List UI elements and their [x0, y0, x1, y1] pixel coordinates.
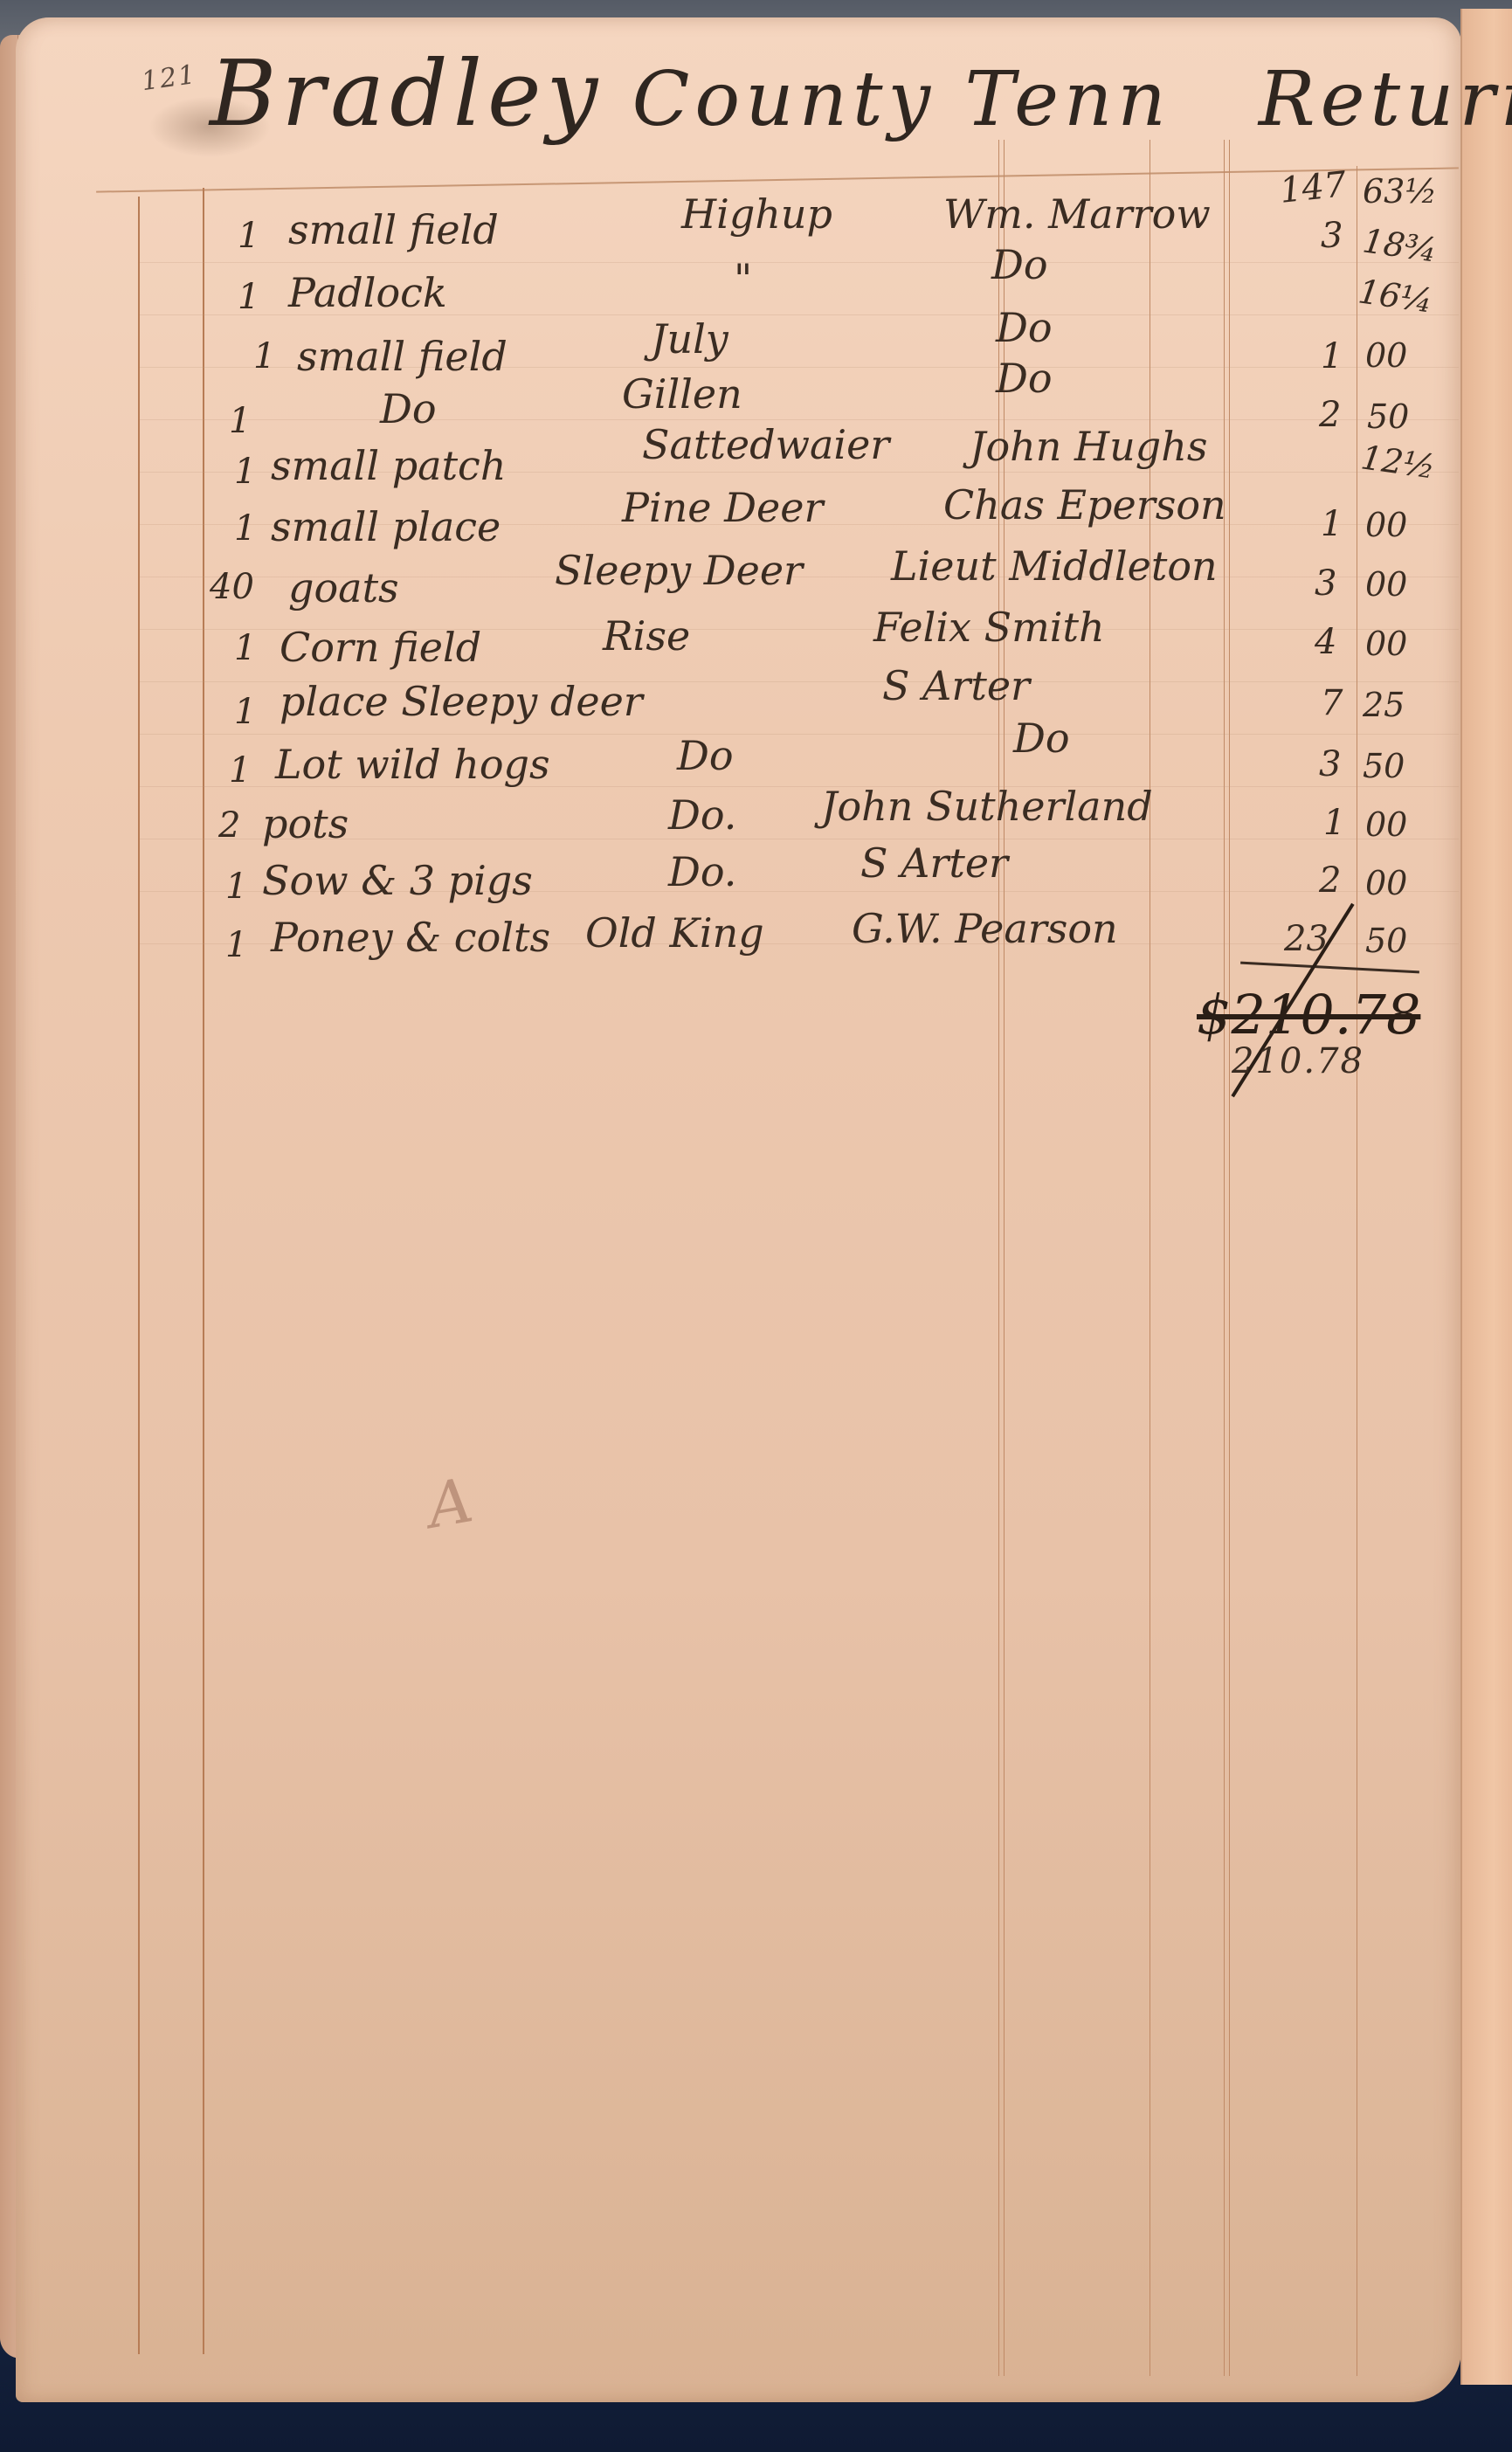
column-rule-dollars-b [1229, 140, 1230, 2376]
entry-location: Gillen [622, 374, 742, 414]
entry-qty: 2 [218, 808, 240, 843]
entry-location: " [734, 259, 752, 299]
entry-dollars: 7 [1321, 686, 1343, 721]
title-county: County Tenn [632, 56, 1171, 143]
entry-item: small field [297, 336, 507, 376]
entry-item: pots [262, 804, 349, 844]
margin-rule-1 [138, 197, 140, 2354]
entry-location: Sattedwaier [642, 425, 889, 465]
entry-cents: 25 [1363, 688, 1405, 722]
entry-location: Sleepy Deer [555, 550, 803, 591]
entry-item: Lot wild hogs [275, 744, 550, 784]
column-rule-dollars-a [1224, 140, 1225, 2376]
entry-name: Do [991, 245, 1048, 285]
struck-total: $210.78 [1197, 983, 1420, 1046]
entry-location: Old King [585, 913, 764, 953]
carried-forward-cents: 63½ [1363, 175, 1437, 208]
entry-cents: 16¼ [1357, 274, 1435, 317]
entry-name: Do [996, 307, 1053, 348]
entry-cents: 00 [1365, 339, 1407, 372]
entry-item: Poney & colts [271, 917, 550, 957]
entry-name: G.W. Pearson [852, 908, 1118, 949]
entry-item: Do [380, 389, 437, 429]
entry-location: Do. [668, 852, 736, 892]
entry-item: small patch [271, 446, 506, 486]
entry-qty: 1 [253, 339, 275, 374]
column-rule-name-a [998, 140, 999, 2376]
entry-location: July [651, 319, 728, 359]
entry-item: place Sleepy deer [280, 681, 643, 722]
margin-rule-2 [203, 188, 204, 2354]
entry-qty: 1 [225, 928, 247, 963]
carried-forward-dollars: 147 [1278, 167, 1348, 209]
entry-cents: 00 [1365, 627, 1407, 660]
struck-total-value: $210.78 [1197, 983, 1420, 1046]
entry-qty: 1 [234, 454, 256, 489]
entry-item: Sow & 3 pigs [262, 860, 533, 901]
entry-dollars: 1 [1323, 805, 1345, 840]
entry-cents: 50 [1367, 400, 1409, 433]
entry-dollars: 2 [1319, 397, 1341, 432]
entry-location: Pine Deer [622, 487, 823, 528]
entry-dollars: 3 [1319, 747, 1341, 782]
entry-cents: 00 [1365, 808, 1407, 841]
entry-item: goats [288, 568, 399, 608]
entry-location: Do [677, 736, 734, 776]
entry-name: Do [996, 358, 1053, 398]
entry-qty: 40 [210, 570, 254, 604]
entry-name: Chas Eperson [943, 485, 1226, 525]
entry-name: S Arter [882, 666, 1030, 706]
entry-item: small place [271, 507, 501, 547]
entry-cents: 50 [1363, 749, 1405, 783]
entry-item: Corn field [280, 627, 481, 667]
entry-dollars: 1 [1321, 507, 1343, 542]
entry-qty: 1 [238, 280, 259, 314]
entry-qty: 1 [234, 631, 256, 666]
page-total: 210.78 [1232, 1041, 1364, 1081]
entry-qty: 1 [234, 511, 256, 546]
column-rule-3 [1150, 140, 1150, 2376]
entry-dollars: 2 [1319, 863, 1341, 898]
entry-qty: 1 [225, 869, 247, 904]
entry-name: Felix Smith [873, 607, 1105, 647]
entry-item: Padlock [288, 273, 447, 313]
entry-cents: 18¾ [1361, 224, 1440, 266]
page-title: Bradley County Tenn Returns 1838 [210, 28, 1398, 159]
entry-dollars: 4 [1315, 625, 1336, 660]
entry-name: S Arter [860, 843, 1008, 883]
entry-cents: 00 [1365, 508, 1407, 542]
column-rule-cents [1357, 166, 1357, 2376]
entry-qty: 1 [229, 404, 251, 439]
entry-name: John Hughs [970, 426, 1207, 466]
entry-dollars: 1 [1321, 339, 1343, 374]
entry-item: small field [288, 210, 499, 250]
entry-location: Highup [681, 194, 832, 234]
entry-dollars: 3 [1315, 566, 1336, 601]
entry-cents: 12½ [1359, 440, 1438, 483]
entry-cents: 00 [1365, 568, 1407, 601]
entry-location: Rise [603, 616, 690, 656]
next-page-edge [1460, 9, 1512, 2385]
title-place: Bradley [210, 40, 603, 147]
entry-qty: 1 [229, 753, 251, 788]
entry-name: John Sutherland [821, 786, 1153, 826]
entry-qty: 1 [234, 694, 256, 729]
entry-dollars: 3 [1321, 218, 1343, 253]
title-subtitle: Returns [1259, 56, 1512, 143]
entry-name: Lieut Middleton [891, 546, 1218, 586]
entry-name: Wm. Marrow [943, 194, 1211, 234]
entry-cents: 00 [1365, 867, 1407, 900]
entry-name: Do [1013, 718, 1070, 758]
entry-cents: 50 [1365, 924, 1407, 957]
column-rule-name-b [1004, 140, 1005, 2376]
entry-location: Do. [668, 795, 736, 835]
entry-qty: 1 [238, 218, 259, 253]
